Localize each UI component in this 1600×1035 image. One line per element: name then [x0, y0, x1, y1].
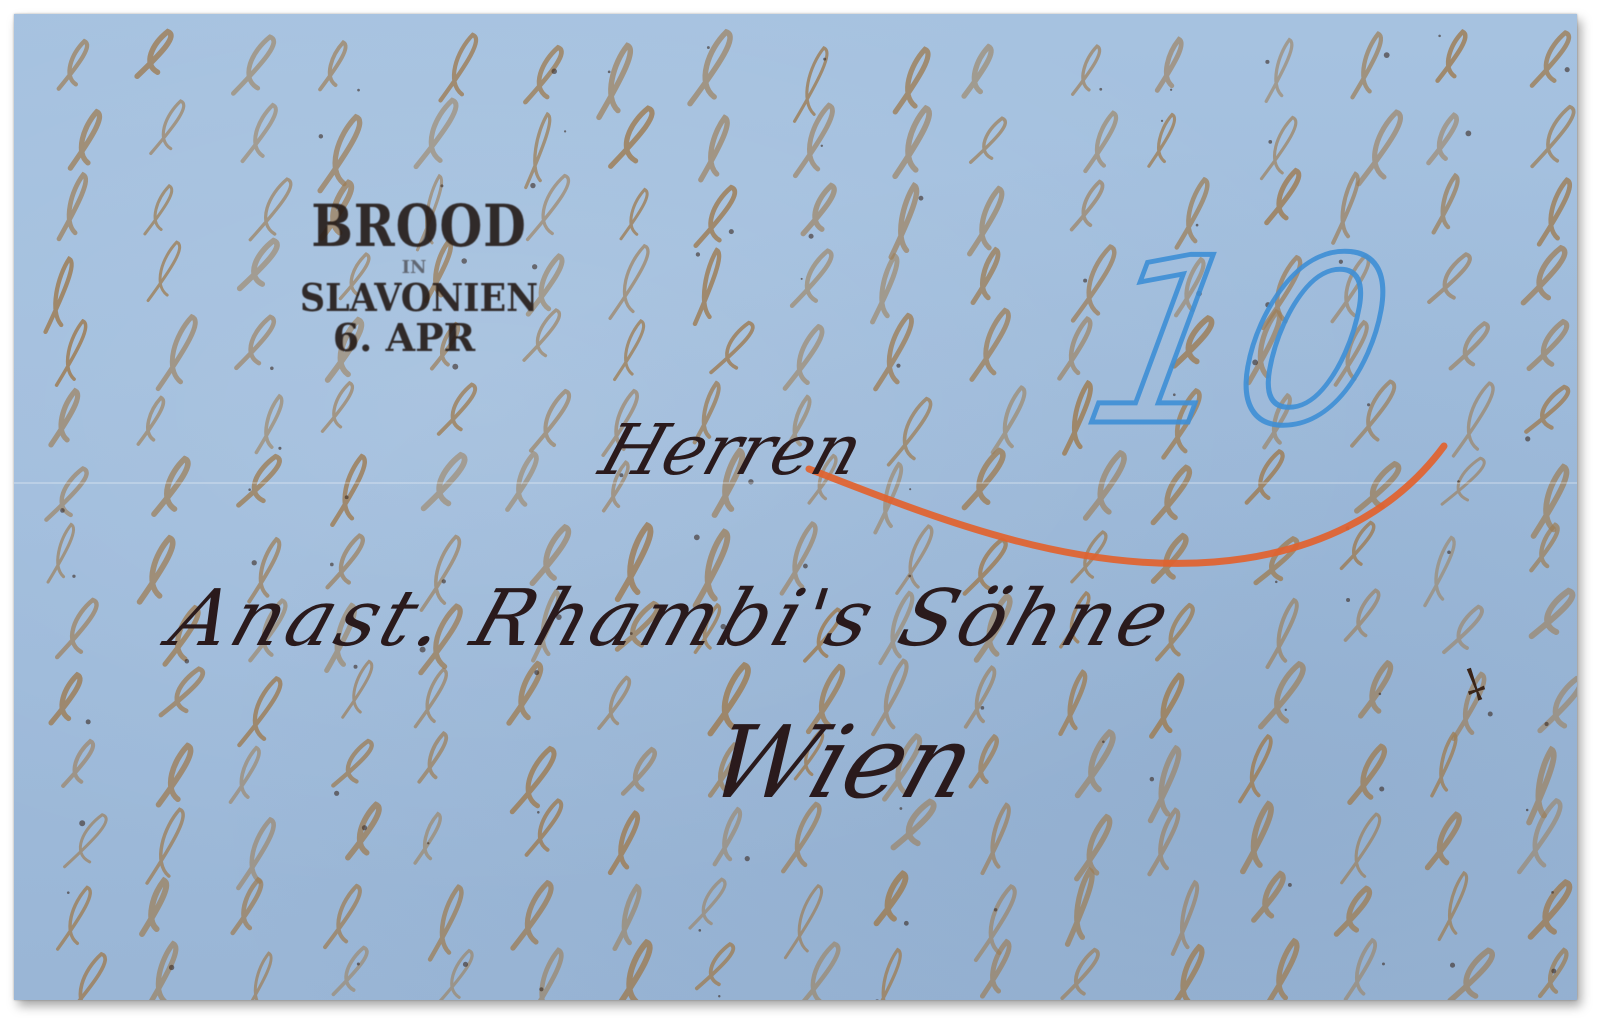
- address-city: Wien: [695, 704, 990, 821]
- red-crayon-arc: [14, 14, 1577, 1000]
- postmark-date: 6. APR: [244, 318, 564, 358]
- postal-cover: BROOD IN SLAVONIEN 6. APR 10 Herren Anas…: [14, 14, 1577, 1000]
- postmark-town: BROOD: [296, 194, 543, 258]
- address-name: Anast. Rhambi's Söhne: [159, 574, 1184, 664]
- postmark-region: SLAVONIEN: [286, 278, 553, 318]
- address-salutation: Herren: [591, 409, 874, 491]
- image-stage: BROOD IN SLAVONIEN 6. APR 10 Herren Anas…: [0, 0, 1600, 1035]
- postmark: BROOD IN SLAVONIEN 6. APR: [264, 194, 564, 358]
- rate-marking: 10: [1071, 214, 1410, 474]
